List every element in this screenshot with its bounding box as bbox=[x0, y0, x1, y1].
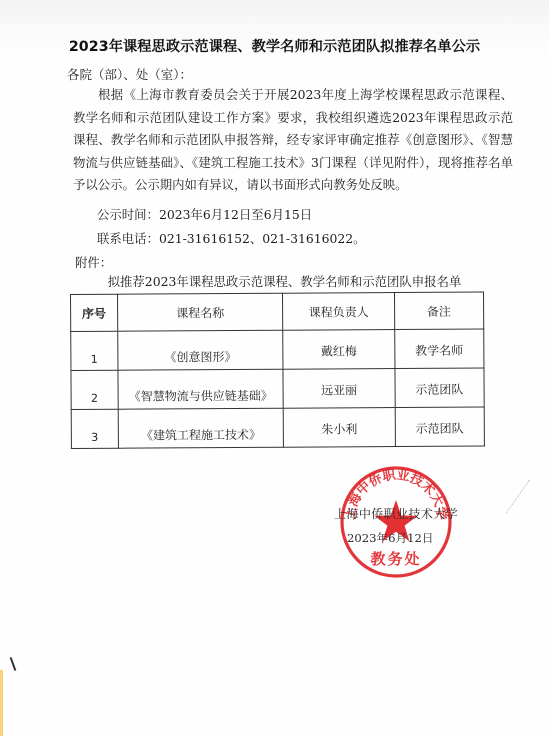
cell-note: 示范团队 bbox=[395, 368, 485, 408]
document-page: 2023年课程思政示范课程、教学名师和示范团队拟推荐名单公示 各院（部）、处（室… bbox=[0, 0, 549, 736]
table-caption: 拟推荐2023年课程思政示范课程、教学名师和示范团队申报名单 bbox=[0, 272, 549, 290]
header-course: 课程名称 bbox=[117, 293, 283, 331]
signature-date: 2023年6月12日 bbox=[347, 530, 433, 546]
contact-phone: 联系电话：021-31616152、021-31616022。 bbox=[97, 229, 366, 247]
edge-stain bbox=[0, 670, 3, 736]
scan-mark bbox=[10, 657, 17, 671]
cell-no: 3 bbox=[71, 409, 118, 448]
seal-center-text: 教务处 bbox=[370, 550, 421, 568]
cell-no: 1 bbox=[71, 331, 118, 370]
cell-course: 《智慧物流与供应链基础》 bbox=[118, 369, 284, 409]
scan-artifact bbox=[481, 463, 529, 514]
document-title: 2023年课程思政示范课程、教学名师和示范团队拟推荐名单公示 bbox=[0, 36, 549, 56]
cell-course: 《创意图形》 bbox=[117, 330, 283, 370]
publicity-time: 公示时间：2023年6月12日至6月15日 bbox=[97, 205, 312, 223]
table-row: 2 《智慧物流与供应链基础》 远亚丽 示范团队 bbox=[71, 368, 484, 410]
table-row: 3 《建筑工程施工技术》 朱小利 示范团队 bbox=[71, 407, 484, 449]
cell-course: 《建筑工程施工技术》 bbox=[118, 408, 284, 448]
body-paragraph: 根据《上海市教育委员会关于开展2023年度上海学校课程思政示范课程、教学名师和示… bbox=[73, 84, 513, 197]
cell-person: 朱小利 bbox=[284, 408, 395, 448]
addressee: 各院（部）、处（室）： bbox=[67, 65, 192, 83]
official-seal-icon: 上海中侨职业技术大学 教务处 bbox=[338, 464, 454, 580]
attachment-label: 附件： bbox=[75, 253, 112, 271]
cell-note: 教学名师 bbox=[394, 329, 484, 369]
signature-organization: 上海中侨职业技术大学 bbox=[334, 505, 458, 522]
table-header-row: 序号 课程名称 课程负责人 备注 bbox=[71, 292, 484, 332]
cell-note: 示范团队 bbox=[395, 407, 485, 447]
header-person: 课程负责人 bbox=[283, 293, 394, 331]
cell-person: 戴红梅 bbox=[283, 330, 394, 370]
header-no: 序号 bbox=[71, 294, 118, 331]
cell-person: 远亚丽 bbox=[283, 369, 394, 409]
recommendation-table: 序号 课程名称 课程负责人 备注 1 《创意图形》 戴红梅 教学名师 2 《智慧… bbox=[70, 291, 485, 449]
cell-no: 2 bbox=[71, 370, 118, 409]
table-row: 1 《创意图形》 戴红梅 教学名师 bbox=[71, 329, 484, 371]
header-note: 备注 bbox=[394, 292, 484, 330]
